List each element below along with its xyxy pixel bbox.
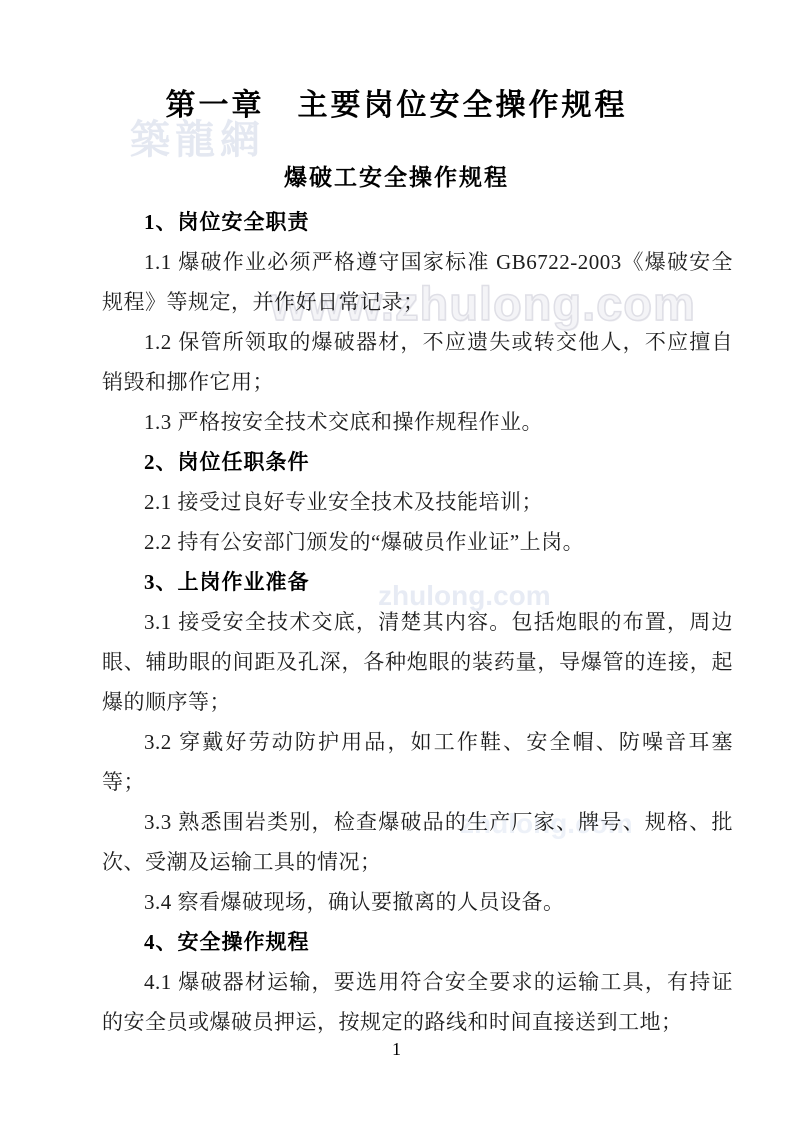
- paragraph-4-1: 4.1 爆破器材运输，要选用符合安全要求的运输工具，有持证的安全员或爆破员押运，…: [102, 962, 733, 1042]
- paragraph-3-1: 3.1 接受安全技术交底，清楚其内容。包括炮眼的布置，周边眼、辅助眼的间距及孔深…: [102, 602, 733, 722]
- paragraph-3-3: 3.3 熟悉围岩类别，检查爆破品的生产厂家、牌号、规格、批次、受潮及运输工具的情…: [102, 802, 733, 882]
- page-number: 1: [0, 1038, 793, 1060]
- section-heading-3: 3、上岗作业准备: [102, 562, 733, 602]
- watermark-zhulong-logo: 築龍網: [130, 120, 265, 160]
- paragraph-3-4: 3.4 察看爆破现场，确认要撤离的人员设备。: [102, 882, 733, 922]
- document-subtitle: 爆破工安全操作规程: [0, 164, 793, 192]
- paragraph-1-3: 1.3 严格按安全技术交底和操作规程作业。: [102, 402, 733, 442]
- document-body: 1、岗位安全职责 1.1 爆破作业必须严格遵守国家标准 GB6722-2003《…: [102, 202, 733, 1042]
- paragraph-2-1: 2.1 接受过良好专业安全技术及技能培训；: [102, 482, 733, 522]
- paragraph-1-1: 1.1 爆破作业必须严格遵守国家标准 GB6722-2003《爆破安全规程》等规…: [102, 242, 733, 322]
- section-heading-1: 1、岗位安全职责: [102, 202, 733, 242]
- paragraph-2-2: 2.2 持有公安部门颁发的“爆破员作业证”上岗。: [102, 522, 733, 562]
- chapter-title: 第一章 主要岗位安全操作规程: [0, 88, 793, 124]
- section-heading-4: 4、安全操作规程: [102, 922, 733, 962]
- document-page: 築龍網 www.zhulong.com zhulong.com zhulong.…: [0, 0, 793, 1122]
- paragraph-1-2: 1.2 保管所领取的爆破器材，不应遗失或转交他人，不应擅自销毁和挪作它用；: [102, 322, 733, 402]
- paragraph-3-2: 3.2 穿戴好劳动防护用品，如工作鞋、安全帽、防噪音耳塞等；: [102, 722, 733, 802]
- section-heading-2: 2、岗位任职条件: [102, 442, 733, 482]
